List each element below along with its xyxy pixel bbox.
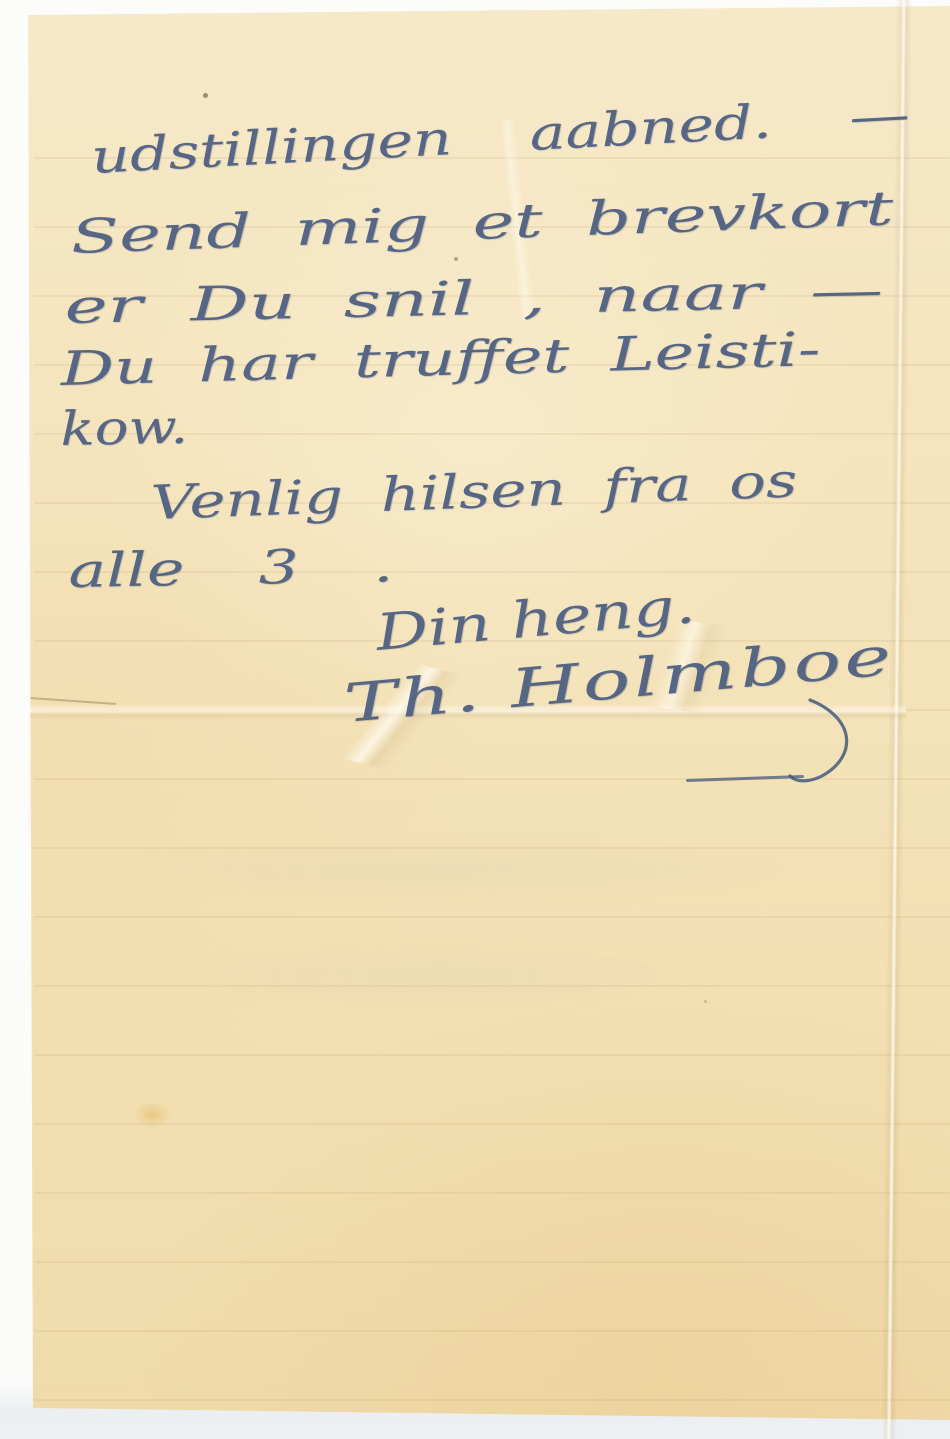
- handwritten-line-5: kow.: [60, 404, 188, 453]
- letter-scan: udstillingen aabned. — Send mig et brevk…: [0, 0, 950, 1439]
- handwritten-closing-line-2: alle 3 .: [68, 542, 394, 595]
